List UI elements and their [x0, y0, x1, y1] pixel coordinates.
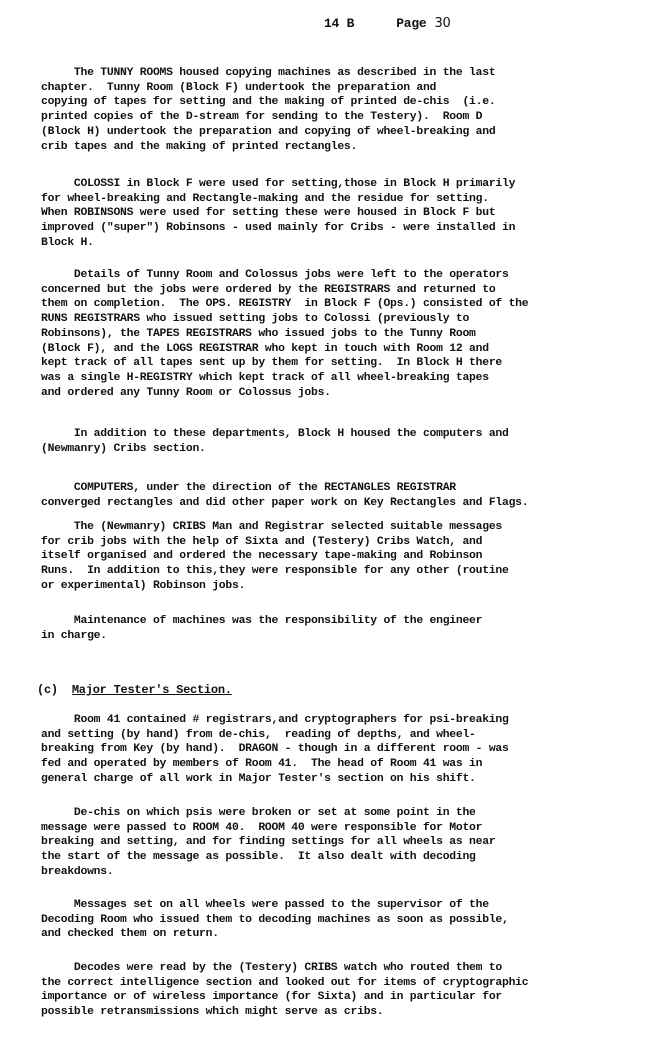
section-heading: (c) Major Tester's Section. [37, 683, 232, 697]
paragraph-computers: COMPUTERS, under the direction of the RE… [41, 481, 641, 510]
paragraph-cribs: The (Newmanry) CRIBS Man and Registrar s… [41, 520, 641, 594]
paragraph-colossi: COLOSSI in Block F were used for setting… [41, 177, 641, 251]
page-label: Page [396, 16, 426, 31]
section-title: Major Tester's Section. [72, 683, 232, 697]
paragraph-messages: Messages set on all wheels were passed t… [41, 898, 641, 942]
paragraph-decodes: Decodes were read by the (Testery) CRIBS… [41, 961, 641, 1020]
paragraph-maintenance: Maintenance of machines was the responsi… [41, 614, 641, 643]
paragraph-addition: In addition to these departments, Block … [41, 427, 641, 456]
paragraph-room-41: Room 41 contained # registrars,and crypt… [41, 713, 641, 787]
document-page: 14 B Page 30 The TUNNY ROOMS housed copy… [0, 0, 650, 1048]
page-header: 14 B Page 30 [324, 16, 450, 31]
section-marker: (c) [37, 683, 58, 697]
paragraph-details: Details of Tunny Room and Colossus jobs … [41, 268, 641, 400]
paragraph-tunny-rooms: The TUNNY ROOMS housed copying machines … [41, 66, 641, 154]
paragraph-de-chis: De-chis on which psis were broken or set… [41, 806, 641, 880]
page-number: 30 [434, 16, 450, 31]
folio-number: 14 B [324, 16, 354, 31]
